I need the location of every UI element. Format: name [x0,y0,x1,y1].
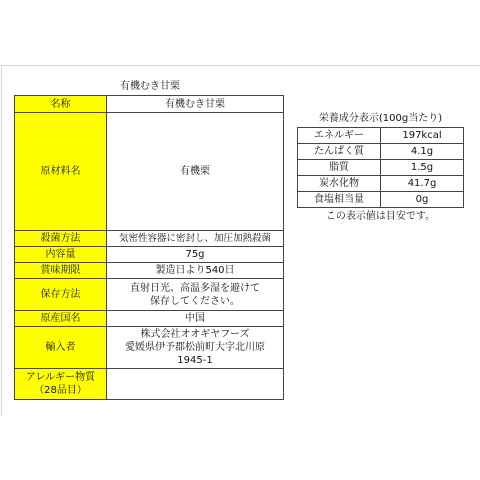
label-storage: 保存方法 [15,279,107,311]
nutrient-value: 41.7g [381,176,464,192]
storage-line-1: 直射日光、高温多湿を避けて [107,282,283,295]
value-sterilization: 気密性容器に密封し、加圧加熱殺菌 [107,231,284,247]
nutrition-table: エネルギー 197kcal たんぱく質 4.1g 脂質 1.5g 炭水化物 41… [297,127,464,208]
storage-line-2: 保存してください。 [107,295,283,308]
nutrition-row-protein: たんぱく質 4.1g [298,144,464,160]
value-name: 有機むき甘栗 [107,96,284,113]
value-best-before: 製造日より540日 [107,263,284,279]
value-ingredients: 有機栗 [107,113,284,231]
label-best-before: 賞味期限 [15,263,107,279]
nutrient-value: 1.5g [381,160,464,176]
value-origin: 中国 [107,311,284,327]
label-allergens: アレルギー物質 （28品目） [15,369,107,400]
product-info-table: 名称 有機むき甘栗 原材料名 有機栗 殺菌方法 気密性容器に密封し、加圧加熱殺菌… [14,95,284,400]
allergens-line-2: （28品目） [15,384,106,397]
nutrition-row-carbs: 炭水化物 41.7g [298,176,464,192]
table-row-storage: 保存方法 直射日光、高温多湿を避けて 保存してください。 [15,279,284,311]
nutrition-note: この表示値は目安です。 [297,211,464,223]
table-row-origin: 原産国名 中国 [15,311,284,327]
nutrient-value: 0g [381,192,464,208]
label-ingredients: 原材料名 [15,113,107,231]
nutrient-name: 炭水化物 [298,176,381,192]
label-name: 名称 [15,96,107,113]
nutrient-name: エネルギー [298,128,381,144]
nutrition-row-energy: エネルギー 197kcal [298,128,464,144]
nutrition-row-salt: 食塩相当量 0g [298,192,464,208]
table-row-allergens: アレルギー物質 （28品目） [15,369,284,400]
nutrient-value: 197kcal [381,128,464,144]
value-importer: 株式会社オオギヤフーズ 愛媛県伊予郡松前町大字北川原 1945-1 [107,327,284,369]
nutrient-name: 食塩相当量 [298,192,381,208]
importer-line-1: 株式会社オオギヤフーズ [107,328,283,341]
label-sterilization: 殺菌方法 [15,231,107,247]
nutrition-title: 栄養成分表示(100g当たり) [297,113,464,125]
nutrient-value: 4.1g [381,144,464,160]
importer-line-3: 1945-1 [107,354,283,367]
nutrient-name: 脂質 [298,160,381,176]
table-row-content: 内容量 75g [15,247,284,263]
nutrition-row-fat: 脂質 1.5g [298,160,464,176]
table-row-best-before: 賞味期限 製造日より540日 [15,263,284,279]
label-origin: 原産国名 [15,311,107,327]
table-row-name: 名称 有機むき甘栗 [15,96,284,113]
label-content: 内容量 [15,247,107,263]
product-title: 有機むき甘栗 [106,81,284,93]
value-content: 75g [107,247,284,263]
nutrient-name: たんぱく質 [298,144,381,160]
importer-line-2: 愛媛県伊予郡松前町大字北川原 [107,341,283,354]
table-row-importer: 輸入者 株式会社オオギヤフーズ 愛媛県伊予郡松前町大字北川原 1945-1 [15,327,284,369]
allergens-line-1: アレルギー物質 [15,371,106,384]
value-storage: 直射日光、高温多湿を避けて 保存してください。 [107,279,284,311]
table-row-sterilization: 殺菌方法 気密性容器に密封し、加圧加熱殺菌 [15,231,284,247]
label-importer: 輸入者 [15,327,107,369]
value-allergens [107,369,284,400]
table-row-ingredients: 原材料名 有機栗 [15,113,284,231]
